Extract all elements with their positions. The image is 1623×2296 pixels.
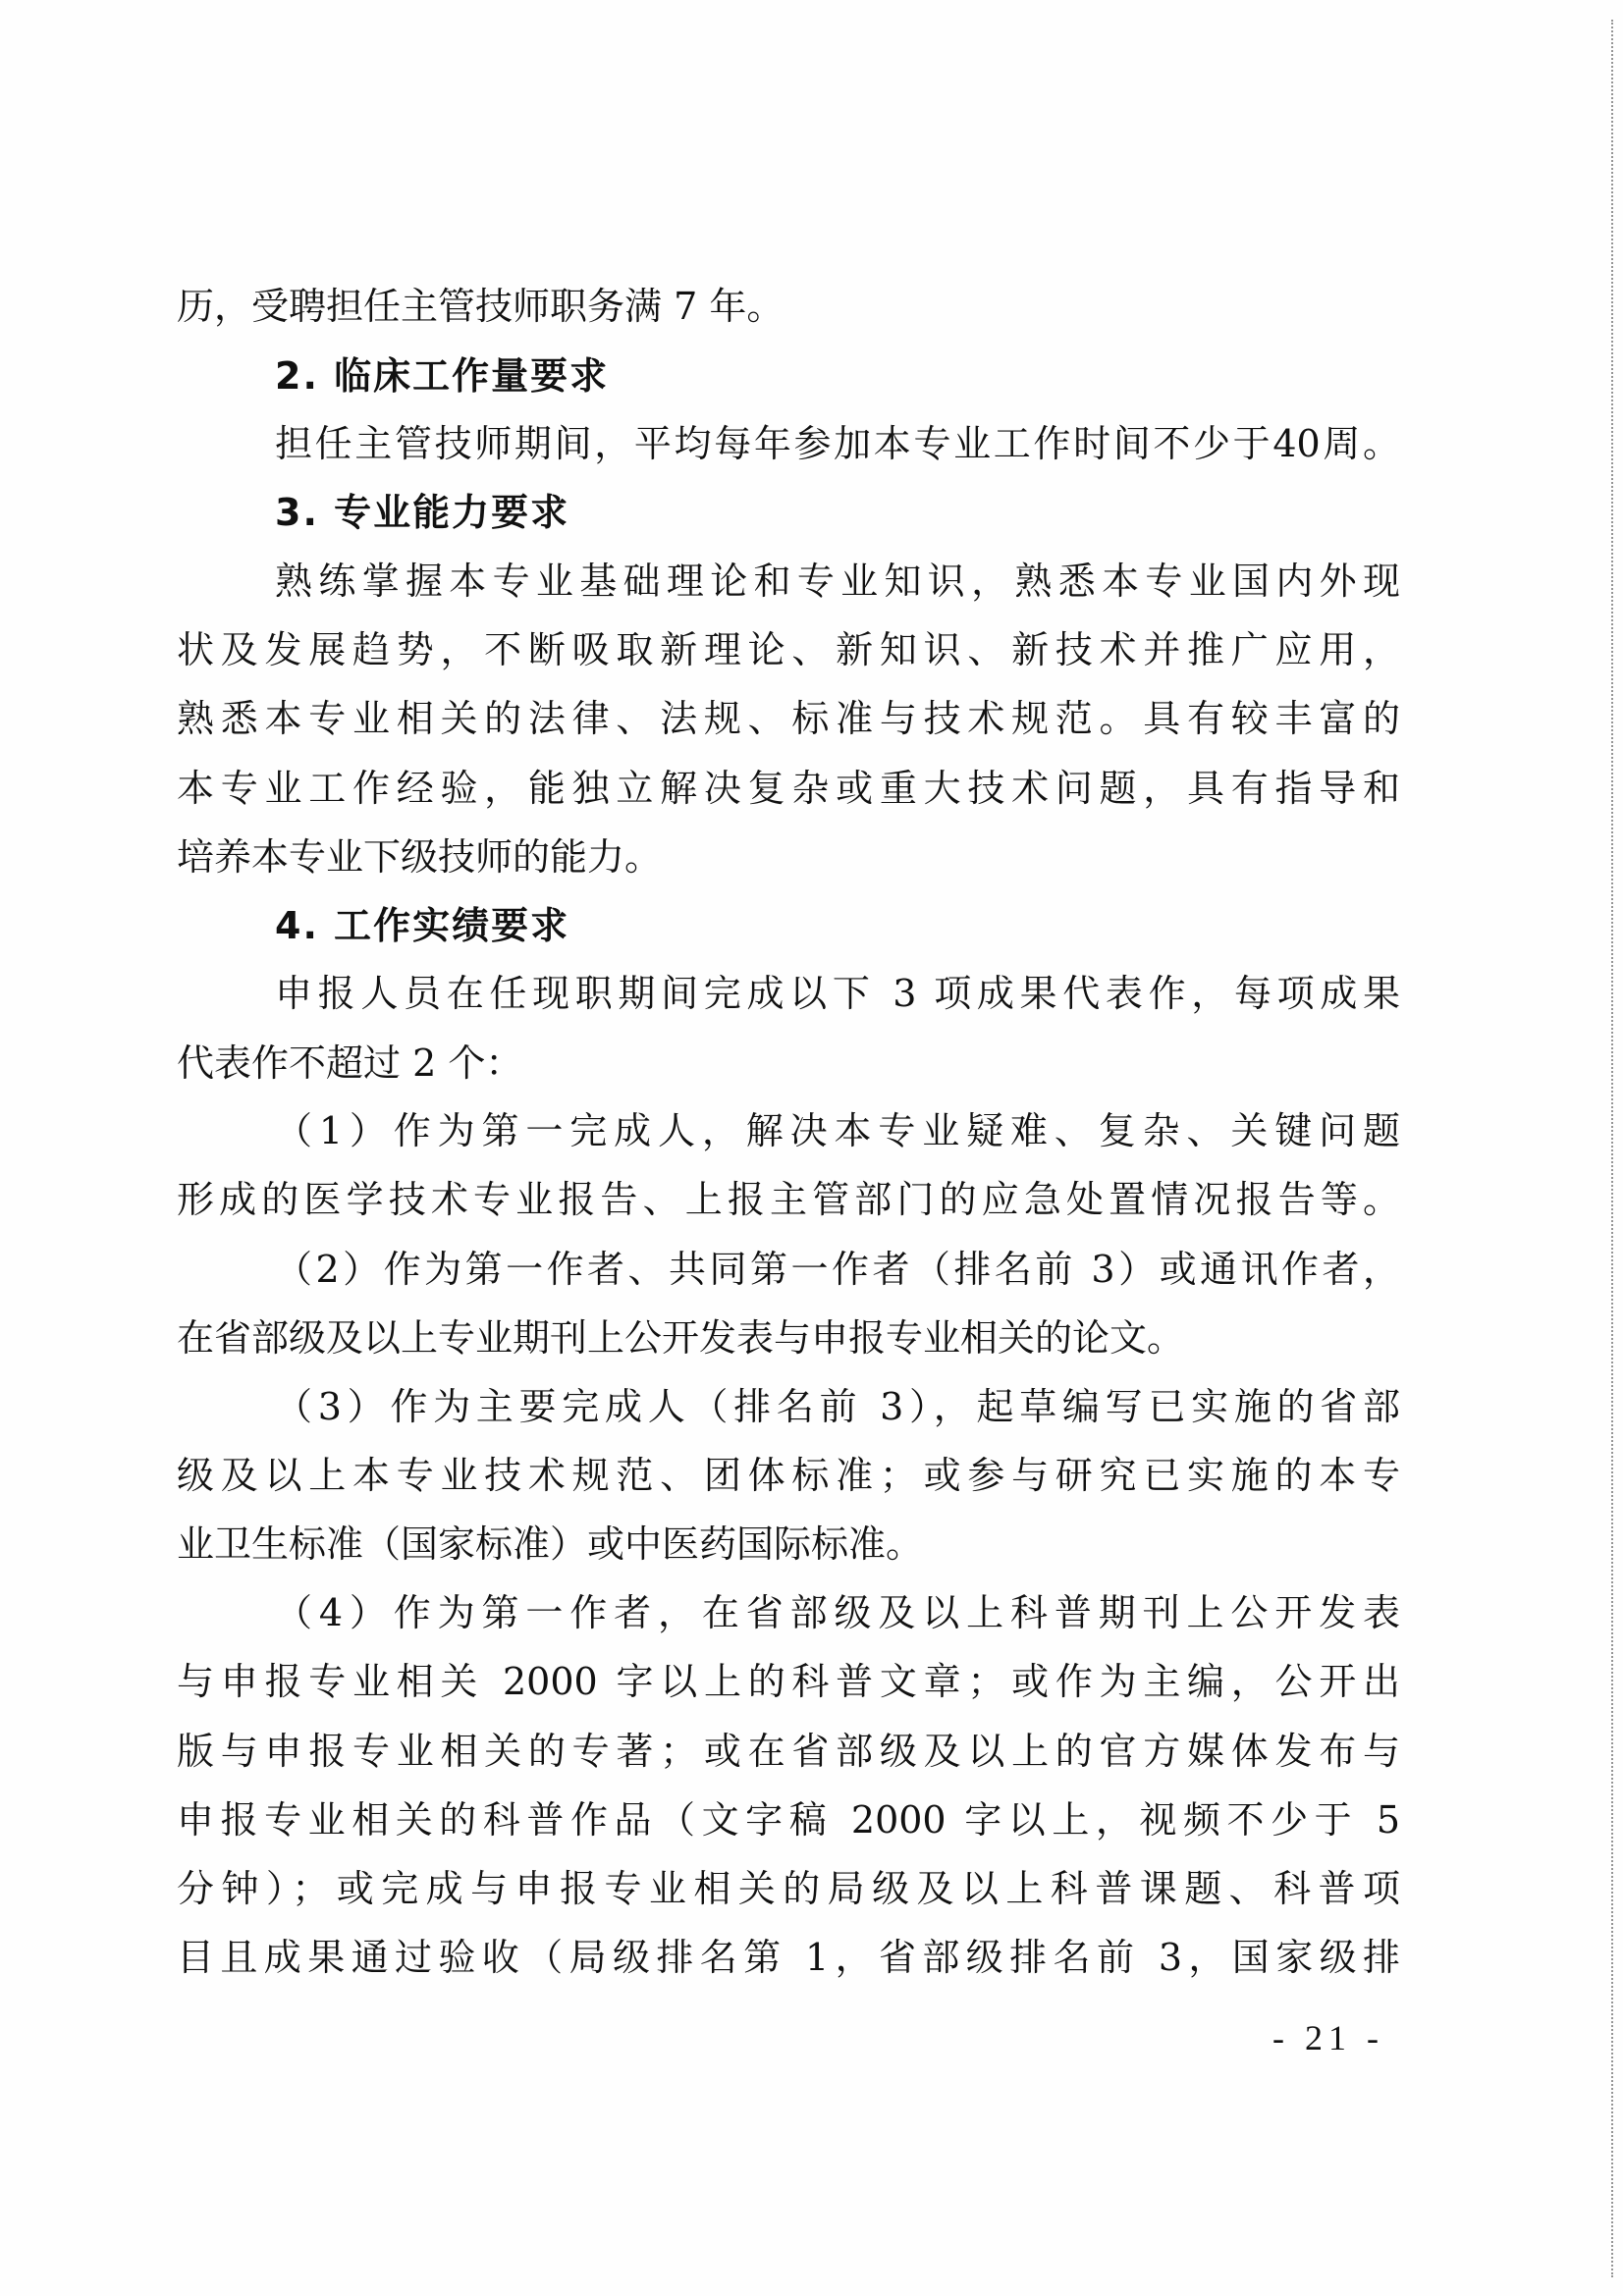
body-text-line: 历，受聘担任主管技师职务满 7 年。 [177, 282, 1400, 331]
body-text-line: 担任主管技师期间，平均每年参加本专业工作时间不少于40周。 [275, 419, 1400, 468]
body-text-line: 状及发展趋势，不断吸取新理论、新知识、新技术并推广应用， [177, 625, 1400, 674]
list-item-4: （4）作为第一作者，在省部级及以上科普期刊上公开发表 [275, 1588, 1400, 1637]
section-heading-work-performance: 4. 工作实绩要求 [275, 901, 569, 950]
body-text-line: 目且成果通过验收（局级排名第 1，省部级排名前 3，国家级排 [177, 1933, 1400, 1982]
body-text-line: 与申报专业相关 2000 字以上的科普文章；或作为主编，公开出 [177, 1657, 1400, 1706]
body-text-line: 业卫生标准（国家标准）或中医药国际标准。 [177, 1520, 1400, 1569]
body-text-line: 形成的医学技术专业报告、上报主管部门的应急处置情况报告等。 [177, 1175, 1400, 1224]
body-text-line: 版与申报专业相关的专著；或在省部级及以上的官方媒体发布与 [177, 1727, 1400, 1776]
body-text-line: 培养本专业下级技师的能力。 [177, 832, 1400, 881]
body-text-line: 代表作不超过 2 个： [177, 1039, 1400, 1088]
list-item-2: （2）作为第一作者、共同第一作者（排名前 3）或通讯作者， [275, 1245, 1400, 1294]
document-page: 历，受聘担任主管技师职务满 7 年。 2. 临床工作量要求 担任主管技师期间，平… [0, 0, 1623, 2296]
body-text-line: 申报专业相关的科普作品（文字稿 2000 字以上，视频不少于 5 [177, 1795, 1400, 1844]
body-text-line: 级及以上本专业技术规范、团体标准；或参与研究已实施的本专 [177, 1451, 1400, 1500]
section-heading-professional-ability: 3. 专业能力要求 [275, 488, 569, 537]
body-text-line: 熟练掌握本专业基础理论和专业知识，熟悉本专业国内外现 [275, 557, 1400, 606]
list-item-3: （3）作为主要完成人（排名前 3），起草编写已实施的省部 [275, 1382, 1400, 1431]
scan-edge-line [1611, 20, 1614, 2277]
body-text-line: 熟悉本专业相关的法律、法规、标准与技术规范。具有较丰富的 [177, 694, 1400, 743]
body-text-line: 分钟）；或完成与申报专业相关的局级及以上科普课题、科普项 [177, 1864, 1400, 1913]
body-text-line: 本专业工作经验，能独立解决复杂或重大技术问题，具有指导和 [177, 764, 1400, 813]
page-number: - 21 - [1272, 2017, 1384, 2058]
body-text-line: 在省部级及以上专业期刊上公开发表与申报专业相关的论文。 [177, 1313, 1400, 1362]
list-item-1: （1）作为第一完成人，解决本专业疑难、复杂、关键问题 [275, 1106, 1400, 1155]
section-heading-clinical-workload: 2. 临床工作量要求 [275, 351, 609, 400]
body-text-line: 申报人员在任现职期间完成以下 3 项成果代表作，每项成果 [275, 969, 1400, 1018]
